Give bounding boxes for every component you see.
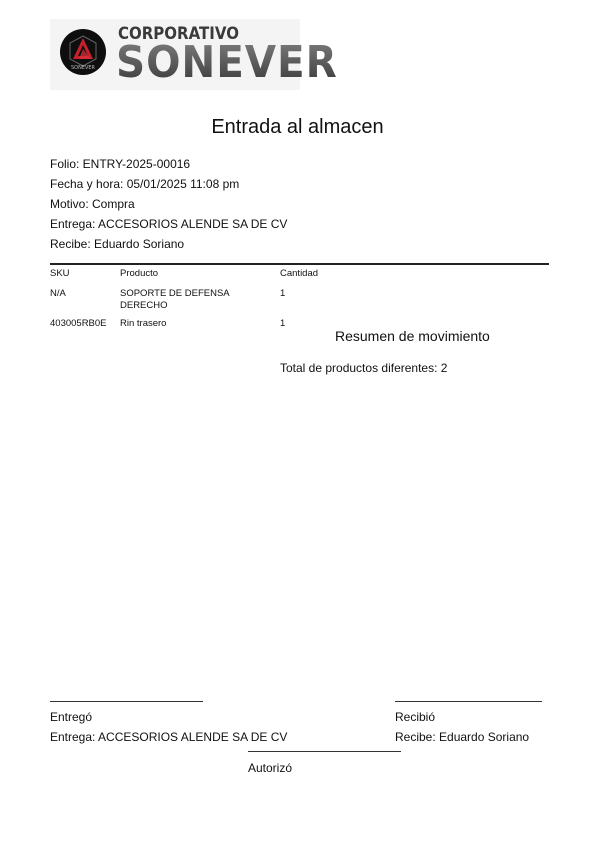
row-2-producto: Rin trasero: [120, 318, 260, 330]
recibio-label: Recibió: [395, 710, 435, 724]
recibe: Recibe: Eduardo Soriano: [50, 237, 184, 251]
signature-line-autorizo: [248, 751, 401, 752]
row-2-sku: 403005RB0E: [50, 318, 107, 329]
divider: [50, 263, 549, 265]
svg-text:SONEVER: SONEVER: [71, 65, 96, 71]
row-1-cantidad: 1: [280, 288, 285, 299]
row-1-sku: N/A: [50, 288, 66, 299]
logo-emblem-icon: SONEVER: [60, 29, 106, 75]
summary-total: Total de productos diferentes: 2: [280, 361, 447, 375]
row-1-producto: SOPORTE DE DEFENSA DERECHO: [120, 288, 260, 312]
header-producto: Producto: [120, 268, 158, 279]
row-2-cantidad: 1: [280, 318, 285, 329]
folio: Folio: ENTRY-2025-00016: [50, 157, 190, 171]
entrega: Entrega: ACCESORIOS ALENDE SA DE CV: [50, 217, 287, 231]
company-logo: SONEVER CORPORATIVO SONEVER: [50, 19, 300, 90]
signature-line-entrego: [50, 701, 203, 702]
entrego-label: Entregó: [50, 710, 92, 724]
signature-line-recibio: [395, 701, 542, 702]
entrego-name: Entrega: ACCESORIOS ALENDE SA DE CV: [50, 730, 287, 744]
summary-title: Resumen de movimiento: [335, 328, 490, 344]
autorizo-label: Autorizó: [248, 761, 292, 775]
fecha-hora: Fecha y hora: 05/01/2025 11:08 pm: [50, 177, 239, 191]
header-sku: SKU: [50, 268, 70, 279]
document-title: Entrada al almacen: [0, 116, 595, 139]
header-cantidad: Cantidad: [280, 268, 318, 279]
logo-main-text: SONEVER: [116, 41, 338, 85]
motivo: Motivo: Compra: [50, 197, 135, 211]
recibio-name: Recibe: Eduardo Soriano: [395, 730, 529, 744]
